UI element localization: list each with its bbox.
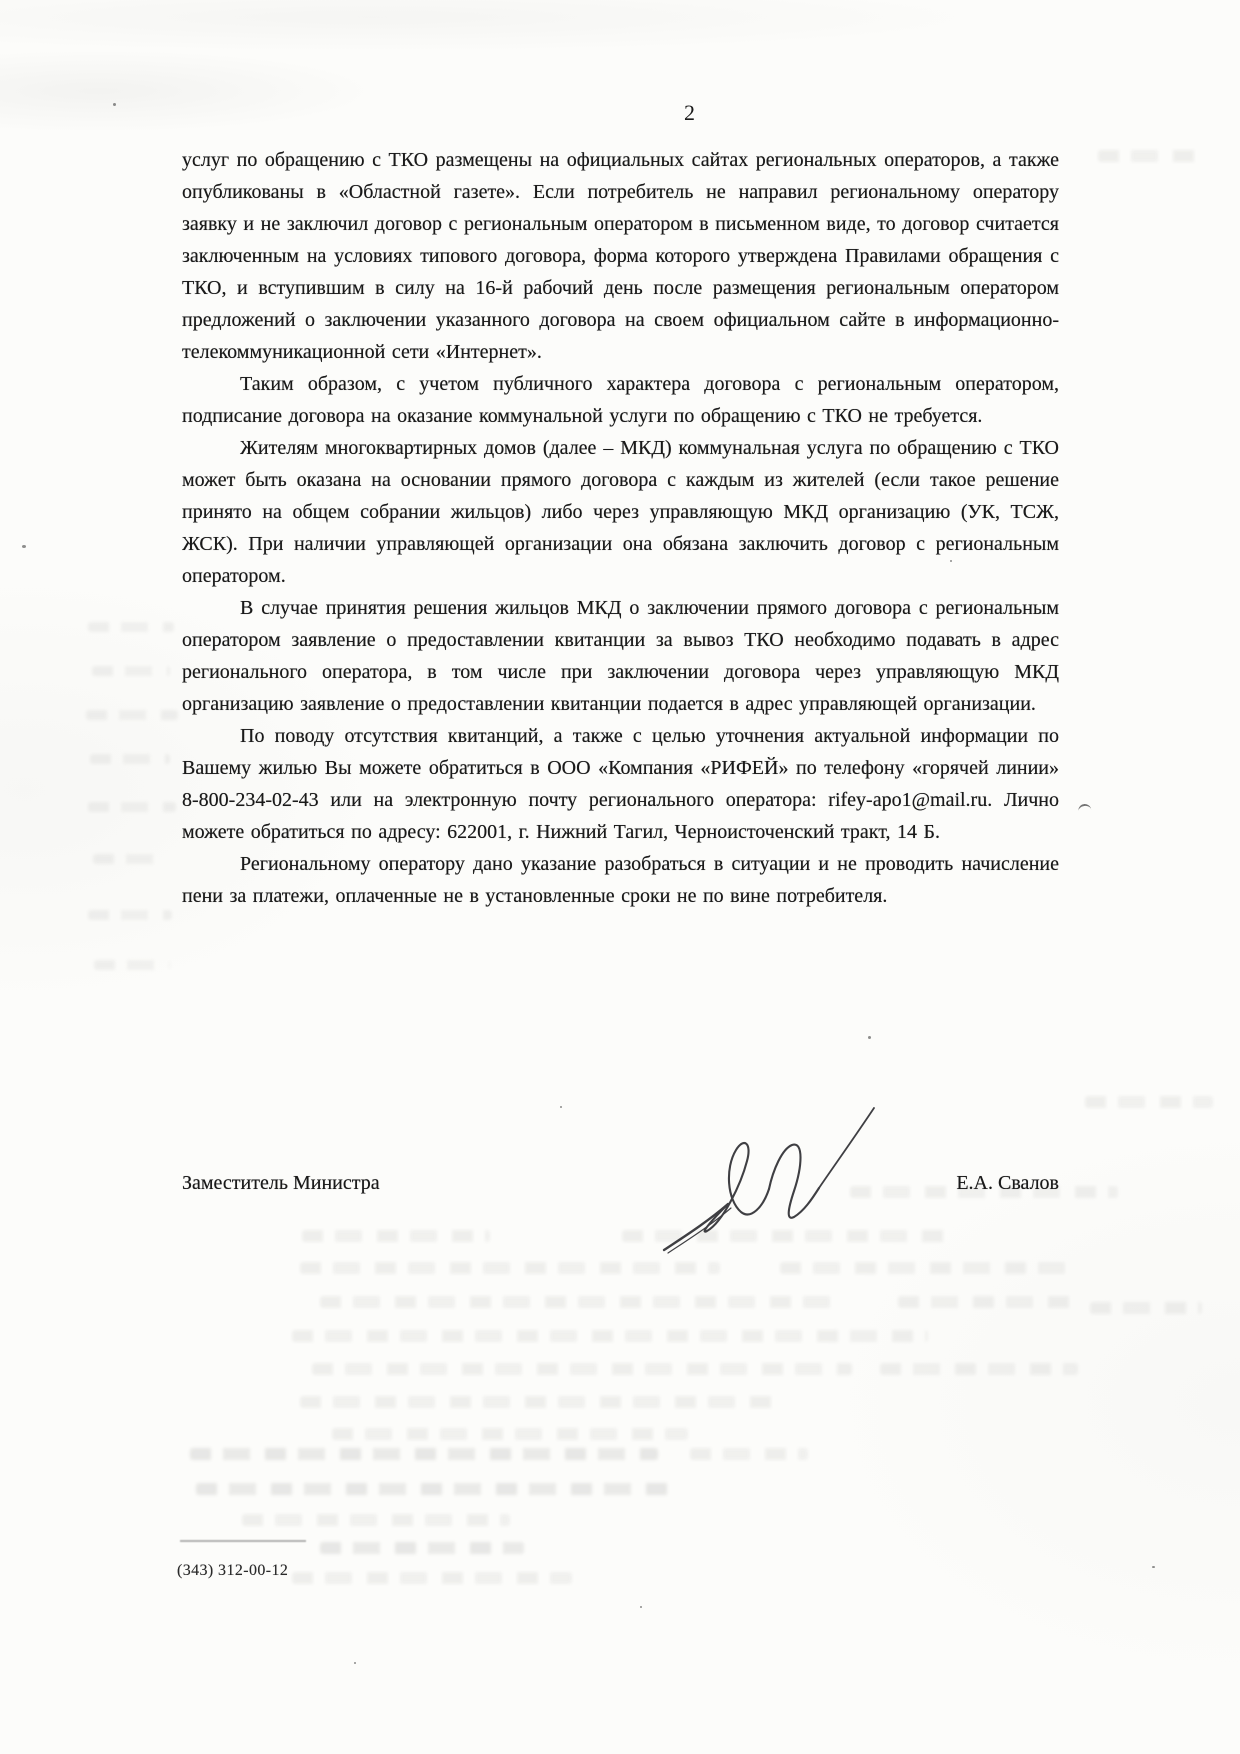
bleedthrough-line <box>92 666 170 676</box>
page-number: 2 <box>684 100 695 126</box>
bleedthrough-line <box>196 1483 674 1495</box>
footer-phone: (343) 312-00-12 <box>177 1562 288 1580</box>
bleedthrough-line <box>93 854 167 864</box>
bleedthrough-line <box>88 910 172 920</box>
bleedthrough-line <box>898 1296 1076 1308</box>
bleedthrough-line <box>300 1396 778 1408</box>
paragraph: Жителям многоквартирных домов (далее – М… <box>182 432 1059 592</box>
scan-speck <box>113 103 116 106</box>
paragraph: Региональному оператору дано указание ра… <box>182 848 1059 912</box>
bleedthrough-line <box>1090 1302 1202 1314</box>
scanned-letter-page: 2 услуг по обращению с ТКО размещены на … <box>0 0 1240 1754</box>
bleedthrough-line <box>312 1363 852 1375</box>
bleedthrough-line <box>780 1262 1078 1274</box>
bleedthrough-line <box>320 1296 838 1308</box>
signatory-name: Е.А. Свалов <box>956 1170 1059 1196</box>
bleedthrough-line <box>300 1262 720 1274</box>
bleedthrough-line <box>242 1514 510 1526</box>
scan-speck <box>22 545 26 548</box>
bleedthrough-line <box>90 754 170 764</box>
letter-body: услуг по обращению с ТКО размещены на оф… <box>182 144 1059 912</box>
scan-speck <box>560 1106 562 1108</box>
paragraph: Таким образом, с учетом публичного харак… <box>182 368 1059 432</box>
bleedthrough-line <box>332 1428 688 1440</box>
margin-tilde-mark <box>1078 803 1092 813</box>
bleedthrough-line <box>302 1230 490 1242</box>
bleedthrough-line <box>1085 1096 1213 1108</box>
bleedthrough-line <box>292 1572 572 1584</box>
bleedthrough-line <box>94 960 170 970</box>
bleedthrough-line <box>320 1542 524 1554</box>
bleedthrough-dash <box>180 1540 306 1542</box>
paragraph: По поводу отсутствия квитанций, а также … <box>182 720 1059 848</box>
signature-block: Заместитель Министра Е.А. Свалов <box>182 1170 1059 1196</box>
bleedthrough-line <box>880 1363 1078 1375</box>
bleedthrough-line <box>88 802 176 812</box>
paragraph-continuation: услуг по обращению с ТКО размещены на оф… <box>182 144 1059 368</box>
bleedthrough-line <box>1098 150 1202 162</box>
bleedthrough-line <box>88 622 174 632</box>
bleedthrough-line <box>86 710 178 720</box>
paragraph: В случае принятия решения жильцов МКД о … <box>182 592 1059 720</box>
signatory-title: Заместитель Министра <box>182 1170 380 1196</box>
bleedthrough-line <box>292 1330 928 1342</box>
bleedthrough-line <box>190 1448 658 1460</box>
scan-speck <box>640 1606 642 1608</box>
bleedthrough-line <box>690 1448 808 1460</box>
scan-speck <box>868 1036 871 1039</box>
scan-speck <box>354 1662 356 1664</box>
scan-speck <box>1152 1566 1155 1568</box>
